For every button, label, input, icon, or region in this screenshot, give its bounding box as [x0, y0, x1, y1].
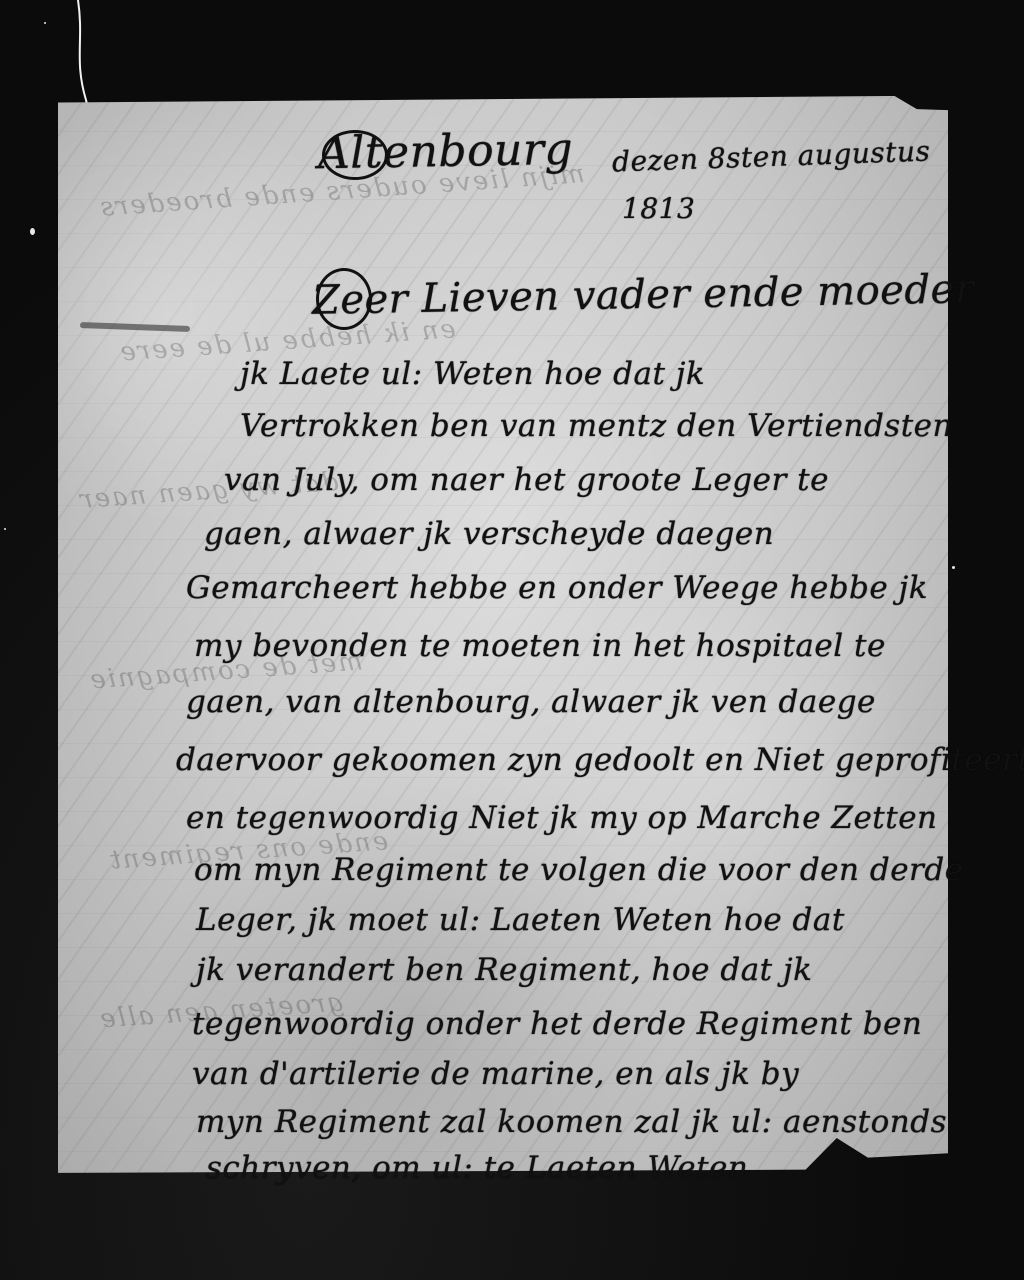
- dust-speck: [4, 528, 6, 530]
- body-line: van d'artilerie de marine, en als jk by: [192, 1056, 799, 1092]
- body-line: Leger, jk moet ul: Laeten Weten hoe dat: [196, 902, 845, 938]
- body-line: jk verandert ben Regiment, hoe dat jk: [196, 952, 812, 988]
- dust-speck: [30, 228, 35, 235]
- dust-speck: [952, 566, 955, 569]
- body-line: schryven, om ul: te Laeten Weten: [206, 1150, 748, 1186]
- letter-place: Altenbourg: [318, 124, 574, 179]
- body-line: gaen, alwaer jk verscheyde daegen: [204, 516, 774, 552]
- dust-speck: [44, 22, 46, 24]
- letter-year: 1813: [622, 192, 695, 225]
- body-line: jk Laete ul: Weten hoe dat jk: [240, 356, 705, 392]
- scanned-document: mijn lieve ouders ende broeders en ik he…: [0, 0, 1024, 1280]
- body-line: myn Regiment zal koomen zal jk ul: aenst…: [196, 1104, 947, 1140]
- body-line: daervoor gekoomen zyn gedoolt en Niet ge…: [176, 742, 1024, 778]
- body-line: tegenwoordig onder het derde Regiment be…: [192, 1006, 922, 1042]
- body-line: my bevonden te moeten in het hospitael t…: [194, 628, 886, 664]
- ink-stroke: [80, 322, 190, 332]
- body-line: Vertrokken ben van mentz den Vertiendste…: [240, 408, 953, 444]
- body-line: Gemarcheert hebbe en onder Weege hebbe j…: [186, 570, 928, 606]
- body-line: om myn Regiment te volgen die voor den d…: [194, 852, 964, 888]
- body-line: van July, om naer het groote Leger te: [224, 462, 829, 498]
- body-line: en tegenwoordig Niet jk my op Marche Zet…: [186, 800, 938, 836]
- body-line: gaen, van altenbourg, alwaer jk ven daeg…: [186, 684, 876, 720]
